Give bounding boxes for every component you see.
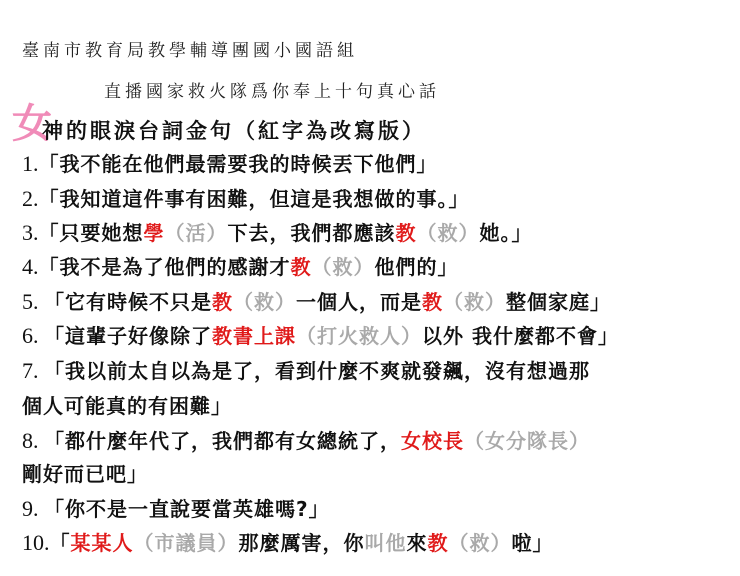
rewritten-text: 學 — [144, 221, 165, 245]
quote-text: 「我以前太自以為是了，看到什麼不爽就發飆，沒有想過那 — [44, 359, 590, 383]
quote-line: 2.「我知道這件事有困難，但這是我想做的事。」 — [22, 183, 470, 212]
quote-line: 3.「只要她想學（活）下去，我們都應該教（救）她。」 — [22, 217, 533, 246]
quote-line: 剛好而已吧」 — [22, 458, 148, 487]
original-text: （救） — [233, 290, 296, 314]
original-text: （市議員） — [134, 531, 239, 555]
quote-line: 4.「我不是為了他們的感謝才教（救）他們的」 — [22, 251, 459, 280]
quote-line: 8. 「都什麼年代了，我們都有女總統了，女校長（女分隊長） — [22, 425, 590, 454]
quote-line: 7. 「我以前太自以為是了，看到什麼不爽就發飆，沒有想過那 — [22, 355, 590, 384]
original-text: （救） — [443, 290, 506, 314]
original-text: （打火救人） — [296, 324, 422, 348]
original-text: （救） — [312, 255, 375, 279]
rewritten-text: 教 — [212, 290, 233, 314]
quote-text: 個人可能真的有困難」 — [22, 394, 232, 418]
subtitle: 直播國家救火隊爲你奉上十句真心話 — [104, 77, 440, 102]
rewritten-text: 教 — [396, 221, 417, 245]
quote-number: 10. — [22, 530, 50, 555]
quote-text: 「我不能在他們最需要我的時候丟下他們」 — [39, 152, 438, 176]
quote-text: 他們的」 — [375, 255, 459, 279]
quote-text: 整個家庭」 — [506, 290, 611, 314]
quote-number: 1. — [22, 151, 39, 176]
quote-text: 來 — [407, 531, 428, 555]
quote-line: 1.「我不能在他們最需要我的時候丟下他們」 — [22, 148, 438, 177]
quote-text: 下去，我們都應該 — [228, 221, 396, 245]
quote-number: 2. — [22, 186, 39, 211]
original-text: （救） — [417, 221, 480, 245]
quote-text: 「 — [50, 531, 71, 555]
quote-text: 那麼厲害，你 — [239, 531, 365, 555]
quote-text: 一個人，而是 — [296, 290, 422, 314]
quote-number: 6. — [22, 323, 44, 348]
rewritten-text: 女校長 — [401, 429, 464, 453]
quote-text: 「它有時候不只是 — [44, 290, 212, 314]
quote-text: 「我知道這件事有困難，但這是我想做的事。」 — [39, 187, 470, 211]
quote-line: 個人可能真的有困難」 — [22, 390, 232, 419]
original-text: （救） — [449, 531, 512, 555]
quote-text: 以外 我什麼都不會」 — [422, 324, 619, 348]
quote-text: 「我不是為了他們的感謝才 — [39, 255, 291, 279]
original-text: （女分隊長） — [464, 429, 590, 453]
quote-text: 啦」 — [512, 531, 554, 555]
original-text: （活） — [165, 221, 228, 245]
quote-text: 「你不是一直說要當英雄嗎?」 — [44, 497, 330, 521]
rewritten-text: 教書上課 — [212, 324, 296, 348]
quote-line: 10.「某某人（市議員）那麼厲害，你叫他來教（救）啦」 — [22, 527, 554, 556]
page-title: 神的眼淚台詞金句（紅字為改寫版） — [42, 115, 426, 145]
quote-text: 她。」 — [480, 221, 533, 245]
quote-text: 「這輩子好像除了 — [44, 324, 212, 348]
original-text: 叫他 — [365, 531, 407, 555]
quote-number: 4. — [22, 254, 39, 279]
quote-number: 9. — [22, 496, 44, 521]
org-header: 臺南市教育局教學輔導團國小國語組 — [22, 36, 358, 61]
quote-number: 3. — [22, 220, 39, 245]
rewritten-text: 某某人 — [71, 531, 134, 555]
rewritten-text: 教 — [422, 290, 443, 314]
rewritten-text: 教 — [428, 531, 449, 555]
quote-text: 「都什麼年代了，我們都有女總統了， — [44, 429, 401, 453]
quote-text: 剛好而已吧」 — [22, 462, 148, 486]
quote-number: 8. — [22, 428, 44, 453]
rewritten-text: 教 — [291, 255, 312, 279]
quote-line: 6. 「這輩子好像除了教書上課（打火救人）以外 我什麼都不會」 — [22, 320, 619, 349]
quote-text: 「只要她想 — [39, 221, 144, 245]
quote-line: 5. 「它有時候不只是教（救）一個人，而是教（救）整個家庭」 — [22, 286, 611, 315]
quote-number: 5. — [22, 289, 44, 314]
quote-line: 9. 「你不是一直說要當英雄嗎?」 — [22, 493, 330, 522]
quote-number: 7. — [22, 358, 44, 383]
